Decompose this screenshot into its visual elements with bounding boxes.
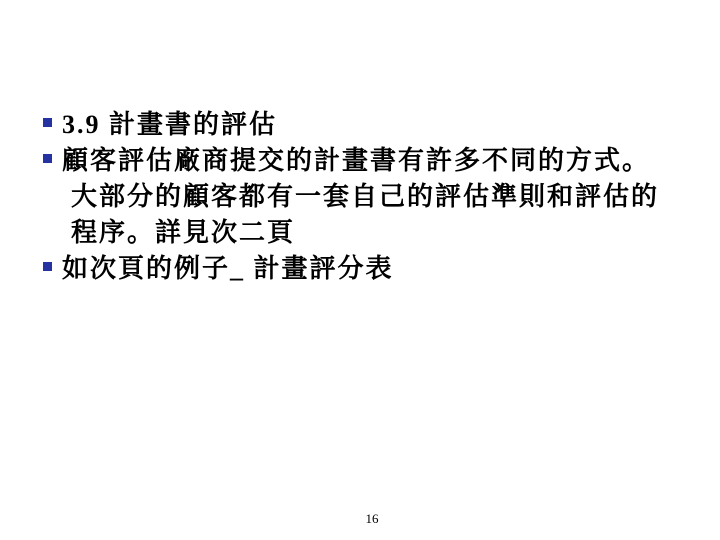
- bullet-text: 如次頁的例子_ 計畫評分表: [62, 254, 394, 283]
- bullet-text: 大部分的顧客都有一套自己的評估準則和評估的: [71, 182, 659, 211]
- square-bullet-icon: [43, 154, 52, 163]
- bullet-item: 如次頁的例子_ 計畫評分表: [43, 251, 693, 287]
- bullet-text: 顧客評估廠商提交的計畫書有許多不同的方式。: [62, 146, 650, 175]
- slide: 3.9 計畫書的評估 顧客評估廠商提交的計畫書有許多不同的方式。 大部分的顧客都…: [0, 0, 720, 540]
- bullet-item: 顧客評估廠商提交的計畫書有許多不同的方式。: [43, 143, 693, 179]
- bullet-text-continuation: 程序。詳見次二頁: [43, 215, 693, 251]
- bullet-text: 3.9 計畫書的評估: [62, 110, 277, 139]
- square-bullet-icon: [43, 118, 52, 127]
- bullet-text-continuation: 大部分的顧客都有一套自己的評估準則和評估的: [43, 179, 693, 215]
- bullet-list: 3.9 計畫書的評估 顧客評估廠商提交的計畫書有許多不同的方式。 大部分的顧客都…: [43, 107, 693, 287]
- bullet-text: 程序。詳見次二頁: [71, 218, 295, 247]
- square-bullet-icon: [43, 262, 52, 271]
- bullet-item: 3.9 計畫書的評估: [43, 107, 693, 143]
- page-number: 16: [360, 511, 384, 527]
